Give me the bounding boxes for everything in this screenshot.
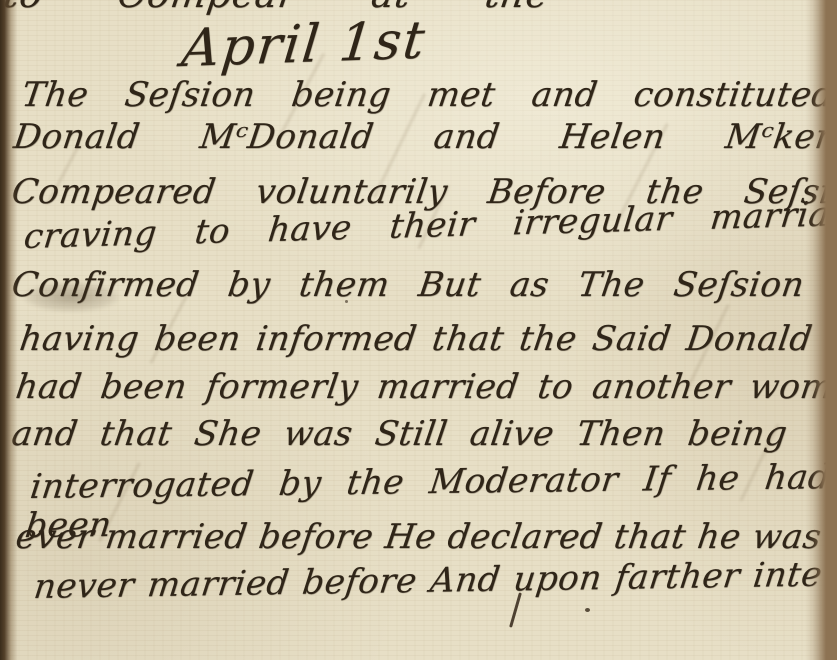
ink-smudge <box>24 282 119 312</box>
manuscript-page: to Compear at the April 1st The Seſsion … <box>0 0 837 660</box>
manuscript-line-6: having been informed that the Said Donal… <box>17 320 814 359</box>
manuscript-line-7: had been formerly married to another wom… <box>13 368 837 407</box>
manuscript-line-partial-top: to Compear at the <box>1 0 552 17</box>
page-binding-edge <box>0 0 18 660</box>
manuscript-text: to Compear at the April 1st The Seſsion … <box>0 0 837 660</box>
page-outer-edge <box>805 0 837 660</box>
manuscript-line-8: and that She was Still alive Then being <box>9 415 789 454</box>
manuscript-line-1: The Seſsion being met and constituted <box>19 76 836 115</box>
manuscript-line-2: Donald MᶜDonald and Helen Mᶜkenz <box>11 118 837 157</box>
date-heading: April 1st <box>179 11 429 80</box>
manuscript-line-10: ever married before He declared that he … <box>13 518 823 557</box>
manuscript-line-5: Confirmed by them But as The Seſsion <box>9 266 806 305</box>
manuscript-line-11: never married before And upon farther in… <box>32 556 825 608</box>
